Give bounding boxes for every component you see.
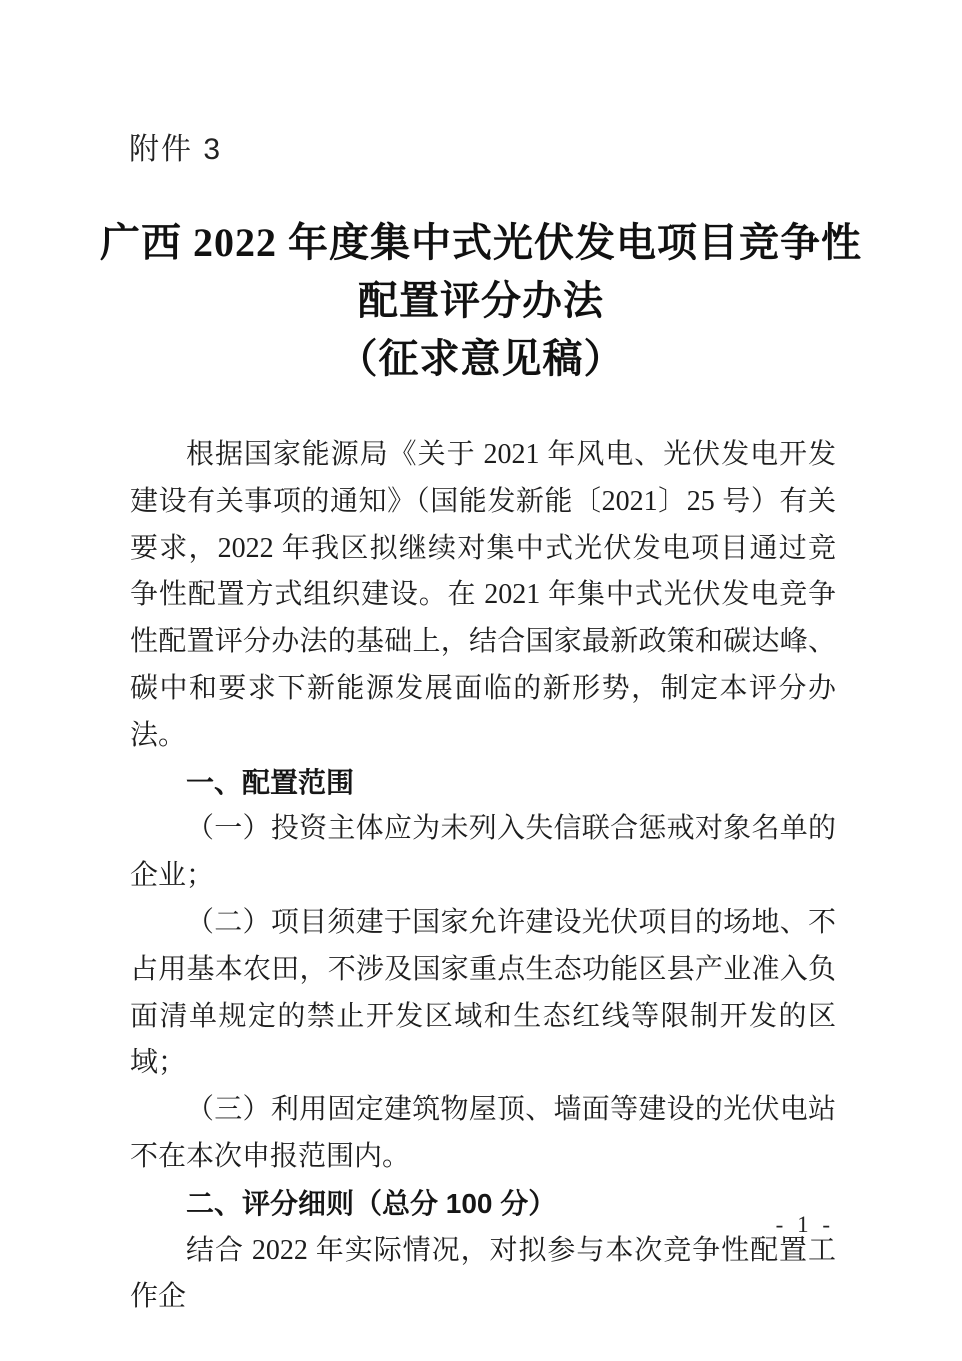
document-body: 根据国家能源局《关于 2021 年风电、光伏发电开发建设有关事项的通知》（国能发… — [130, 432, 836, 1321]
attachment-label: 附件 3 — [129, 124, 222, 168]
title-line-3: （征求意见稿） — [0, 330, 962, 388]
document-title: 广西 2022 年度集中式光伏发电项目竞争性 配置评分办法 （征求意见稿） — [0, 214, 962, 388]
page-number: - 1 - — [776, 1212, 834, 1238]
scope-item-1-paragraph: （一）投资主体应为未列入失信联合惩戒对象名单的企业； — [130, 806, 836, 900]
section-1-heading: 一、配置范围 — [130, 760, 836, 807]
intro-paragraph: 根据国家能源局《关于 2021 年风电、光伏发电开发建设有关事项的通知》（国能发… — [130, 432, 836, 760]
scope-item-2-paragraph: （二）项目须建于国家允许建设光伏项目的场地、不占用基本农田，不涉及国家重点生态功… — [130, 900, 836, 1087]
closing-paragraph: 结合 2022 年实际情况，对拟参与本次竞争性配置工作企 — [130, 1228, 836, 1322]
document-page: 附件 3 广西 2022 年度集中式光伏发电项目竞争性 配置评分办法 （征求意见… — [0, 0, 962, 1361]
title-line-2: 配置评分办法 — [0, 272, 962, 330]
title-line-1: 广西 2022 年度集中式光伏发电项目竞争性 — [0, 214, 962, 272]
section-2-heading: 二、评分细则（总分 100 分） — [130, 1181, 836, 1228]
scope-item-3-paragraph: （三）利用固定建筑物屋顶、墙面等建设的光伏电站不在本次申报范围内。 — [130, 1087, 836, 1181]
